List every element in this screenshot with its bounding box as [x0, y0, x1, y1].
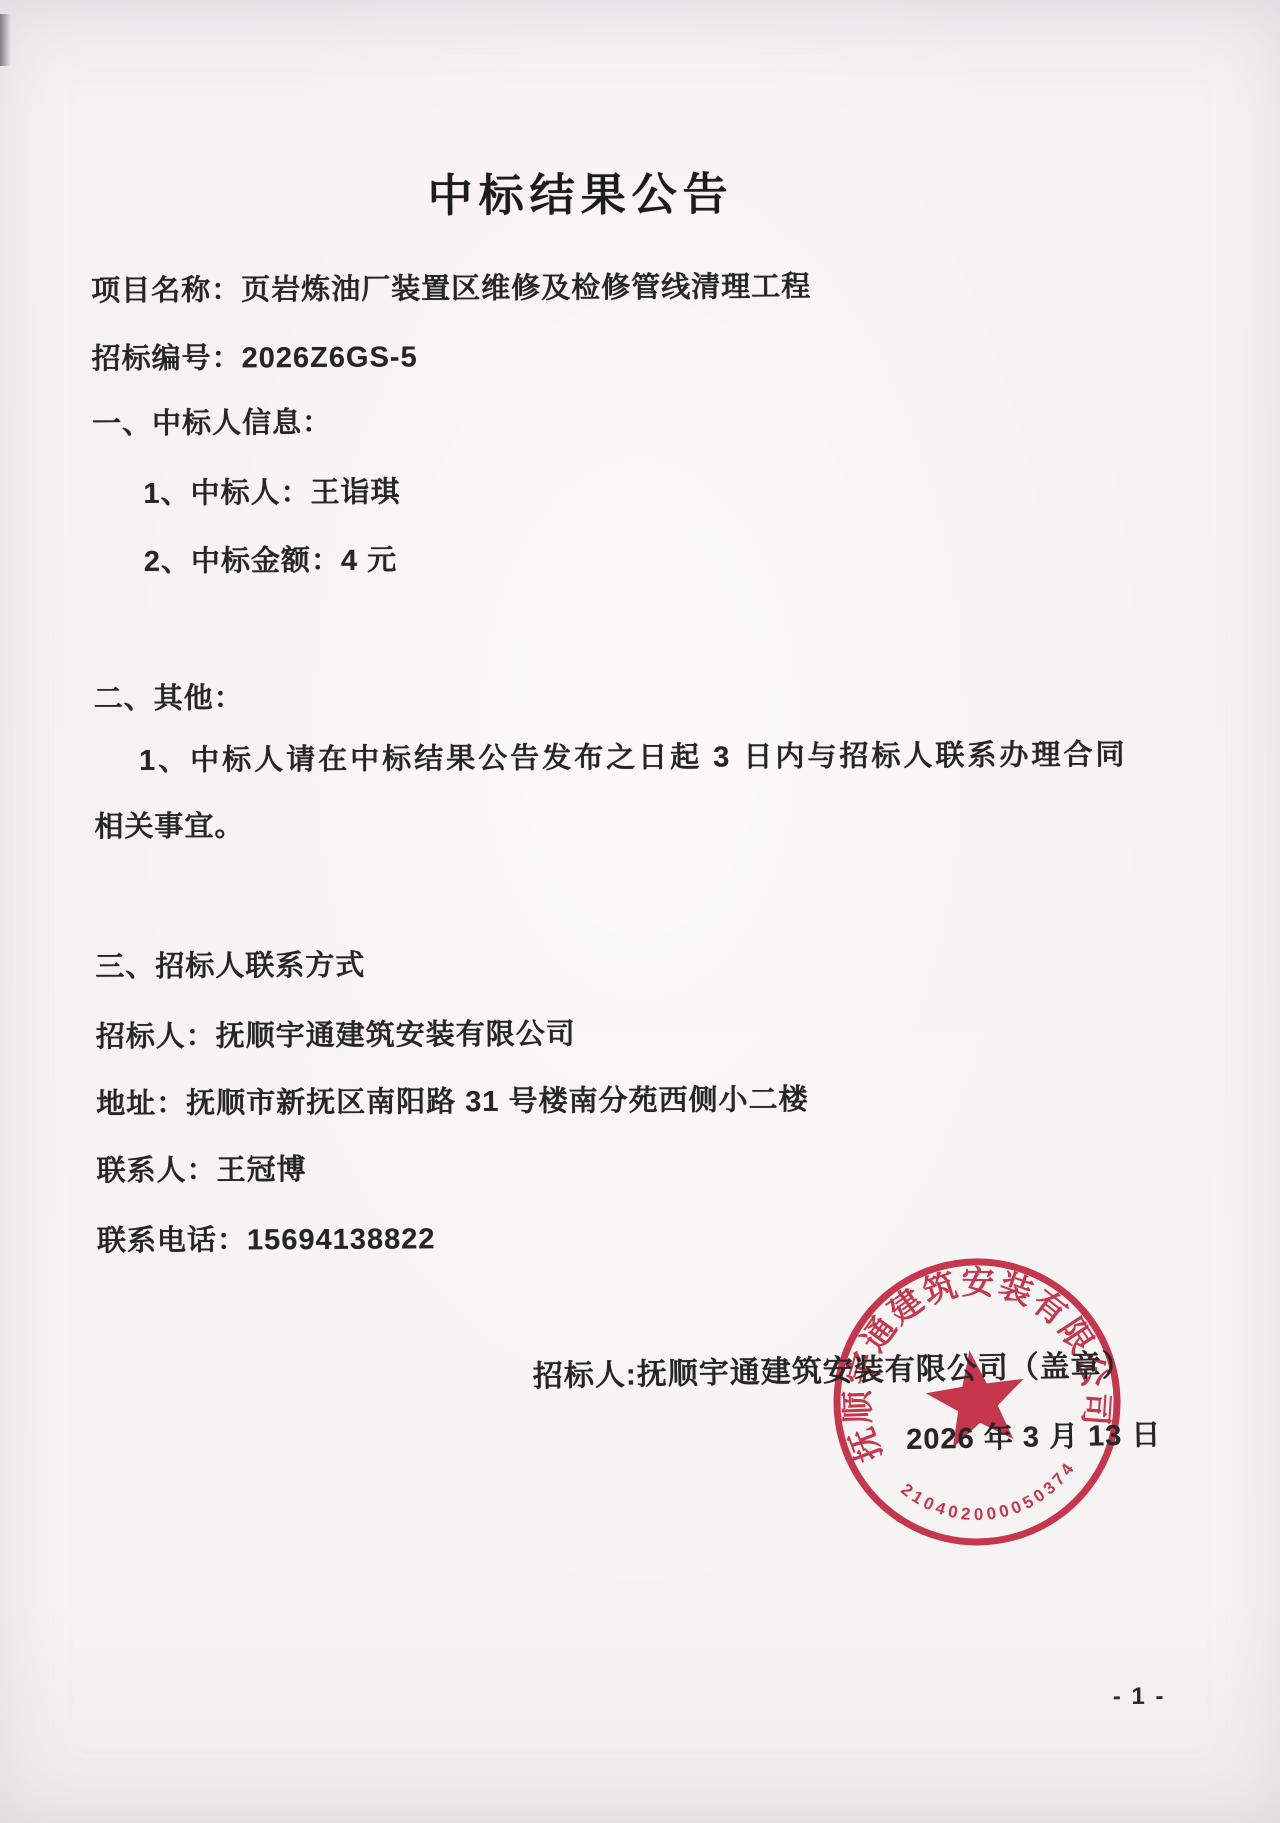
- project-name-line: 项目名称：页岩炼油厂装置区维修及检修管线清理工程: [91, 271, 811, 309]
- date-line: 2026 年 3 月 13 日: [906, 1419, 1162, 1457]
- winner-name-line: 1、中标人：王诣琪: [143, 476, 400, 511]
- section-2-heading: 二、其他：: [94, 682, 244, 716]
- document-title: 中标结果公告: [0, 155, 1166, 227]
- company-seal-stamp-icon: 抚顺宇通建筑安装有限公司 210402000050374: [807, 1232, 1147, 1572]
- address-line: 地址：抚顺市新抚区南阳路 31 号楼南分苑西侧小二楼: [96, 1084, 809, 1122]
- section-3-heading: 三、招标人联系方式: [95, 950, 365, 985]
- other-note-line-2: 相关事宜。: [94, 810, 244, 844]
- winner-amount-line: 2、中标金额：4 元: [144, 544, 398, 579]
- document-content: 中标结果公告 项目名称：页岩炼油厂装置区维修及检修管线清理工程 招标编号：202…: [0, 0, 1280, 1823]
- other-note-line-1: 1、中标人请在中标结果公告发布之日起 3 日内与招标人联系办理合同: [139, 739, 1128, 778]
- contact-person-line: 联系人：王冠博: [96, 1154, 306, 1189]
- section-1-heading: 一、中标人信息：: [92, 407, 332, 442]
- contact-phone-line: 联系电话：15694138822: [97, 1223, 436, 1258]
- scanned-document-page: 中标结果公告 项目名称：页岩炼油厂装置区维修及检修管线清理工程 招标编号：202…: [0, 0, 1280, 1823]
- tender-number-line: 招标编号：2026Z6GS-5: [92, 341, 418, 376]
- seal-svg: 抚顺宇通建筑安装有限公司 210402000050374: [807, 1232, 1147, 1572]
- seal-serial-arc-text: 210402000050374: [895, 1455, 1085, 1536]
- tenderer-line: 招标人：抚顺宇通建筑安装有限公司: [96, 1018, 576, 1054]
- page-number: - 1 -: [1113, 1683, 1166, 1711]
